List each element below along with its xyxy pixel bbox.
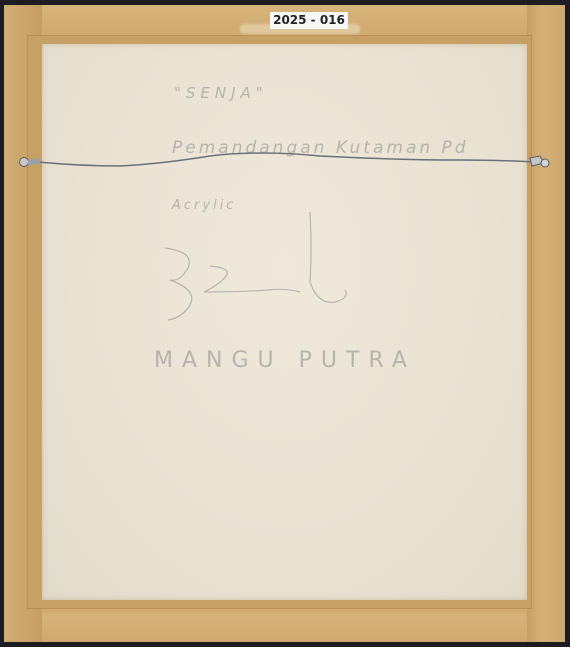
d-ring-hanger-left-icon	[20, 158, 41, 167]
wire-and-signature	[0, 0, 570, 647]
d-ring-hanger-right-icon	[530, 156, 549, 167]
hanging-wire	[38, 153, 534, 166]
signature-icon	[165, 212, 346, 320]
